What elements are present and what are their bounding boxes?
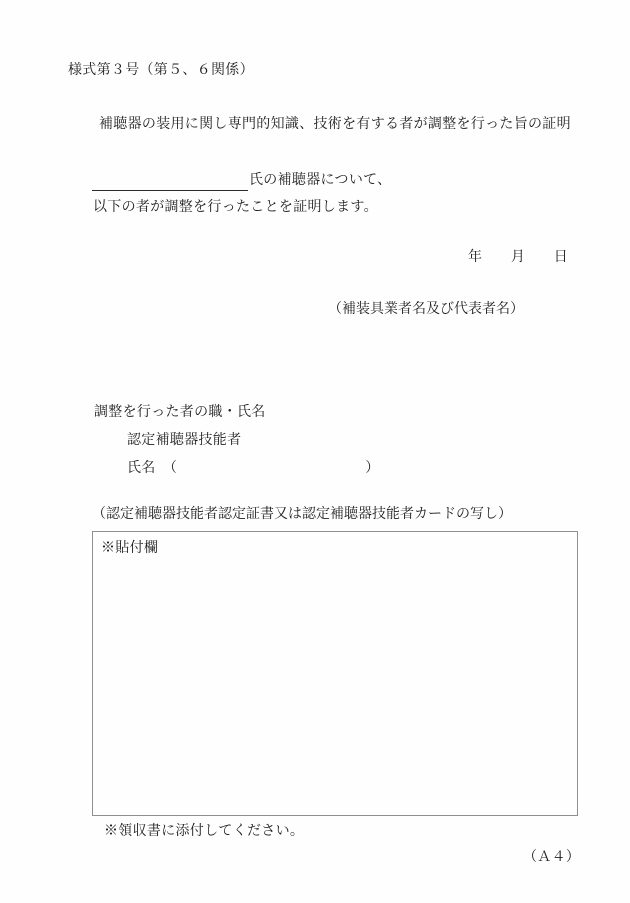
adjuster-name-paren-close: ） (365, 459, 379, 479)
adjuster-heading: 調整を行った者の職・氏名 (94, 403, 266, 423)
adjuster-name-line: 氏名 （ ） (127, 459, 380, 479)
statement-certify-line: 以下の者が調整を行ったことを証明します。 (93, 198, 378, 218)
attachment-caption: （認定補聴器技能者認定証書又は認定補聴器技能者カードの写し） (92, 505, 512, 525)
date-line: 年 月 日 (468, 248, 568, 268)
paste-box-label: ※貼付欄 (101, 537, 158, 557)
document-title: 補聴器の装用に関し専門的知識、技術を有する者が調整を行った旨の証明 (99, 115, 571, 135)
paper-size-label: （Ａ４） (523, 848, 580, 868)
adjuster-name-fill-blank (177, 478, 365, 479)
statement-name-line: 氏の補聴器について、 (92, 171, 391, 191)
adjuster-name-label: 氏名 （ (127, 459, 177, 479)
form-number: 様式第３号（第５、６関係） (68, 61, 254, 81)
statement-name-suffix: 氏の補聴器について、 (249, 171, 391, 191)
signer-label: （補装具業者名及び代表者名） (328, 300, 524, 320)
receipt-note: ※領収書に添付してください。 (104, 822, 304, 842)
name-fill-blank (92, 173, 248, 191)
document-page: 様式第３号（第５、６関係） 補聴器の装用に関し専門的知識、技術を有する者が調整を… (0, 0, 630, 903)
paste-box: ※貼付欄 (92, 531, 578, 816)
adjuster-qualification: 認定補聴器技能者 (127, 431, 241, 451)
